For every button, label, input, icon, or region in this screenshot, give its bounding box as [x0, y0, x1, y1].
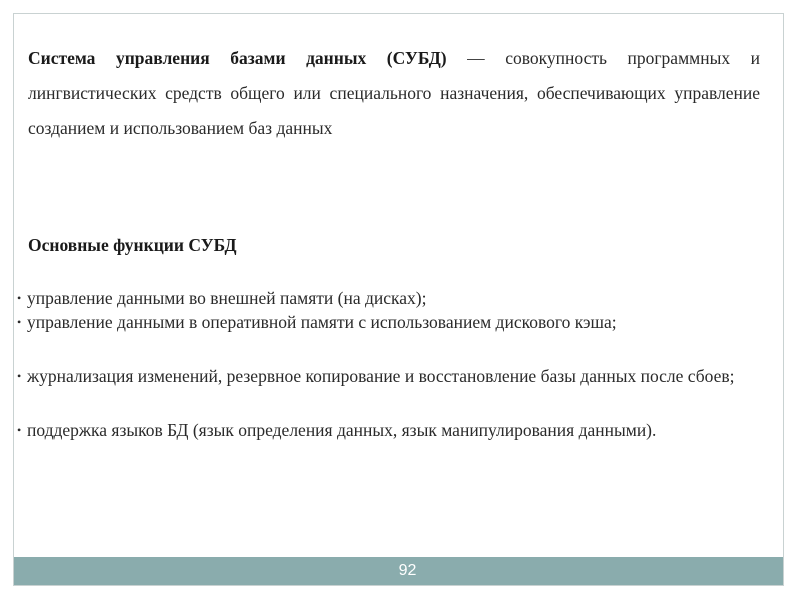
- slide-frame: Система управления базами данных (СУБД) …: [13, 13, 784, 586]
- list-spacer: [14, 334, 759, 364]
- list-item-text: поддержка языков БД (язык определения да…: [27, 420, 656, 440]
- definition-dash: —: [447, 48, 506, 68]
- list-item-text: журнализация изменений, резервное копиро…: [27, 366, 735, 386]
- functions-list: • управление данными во внешней памяти (…: [14, 286, 759, 442]
- list-item-text: управление данными в оперативной памяти …: [27, 312, 617, 332]
- list-spacer: [14, 388, 759, 418]
- list-item-text: управление данными во внешней памяти (на…: [27, 288, 426, 308]
- list-item: • управление данными во внешней памяти (…: [14, 286, 759, 310]
- list-item: • поддержка языков БД (язык определения …: [14, 418, 759, 442]
- definition-term: Система управления базами данных (СУБД): [28, 48, 447, 68]
- bullet-icon: •: [17, 286, 21, 310]
- definition-paragraph: Система управления базами данных (СУБД) …: [28, 41, 760, 146]
- list-item: • журнализация изменений, резервное копи…: [14, 364, 759, 388]
- section-subtitle: Основные функции СУБД: [28, 233, 237, 257]
- bullet-icon: •: [17, 310, 21, 334]
- bullet-icon: •: [17, 418, 21, 442]
- bullet-icon: •: [17, 364, 21, 388]
- list-item: • управление данными в оперативной памят…: [14, 310, 759, 334]
- slide-footer: 92: [14, 557, 783, 585]
- page-number: 92: [381, 562, 417, 580]
